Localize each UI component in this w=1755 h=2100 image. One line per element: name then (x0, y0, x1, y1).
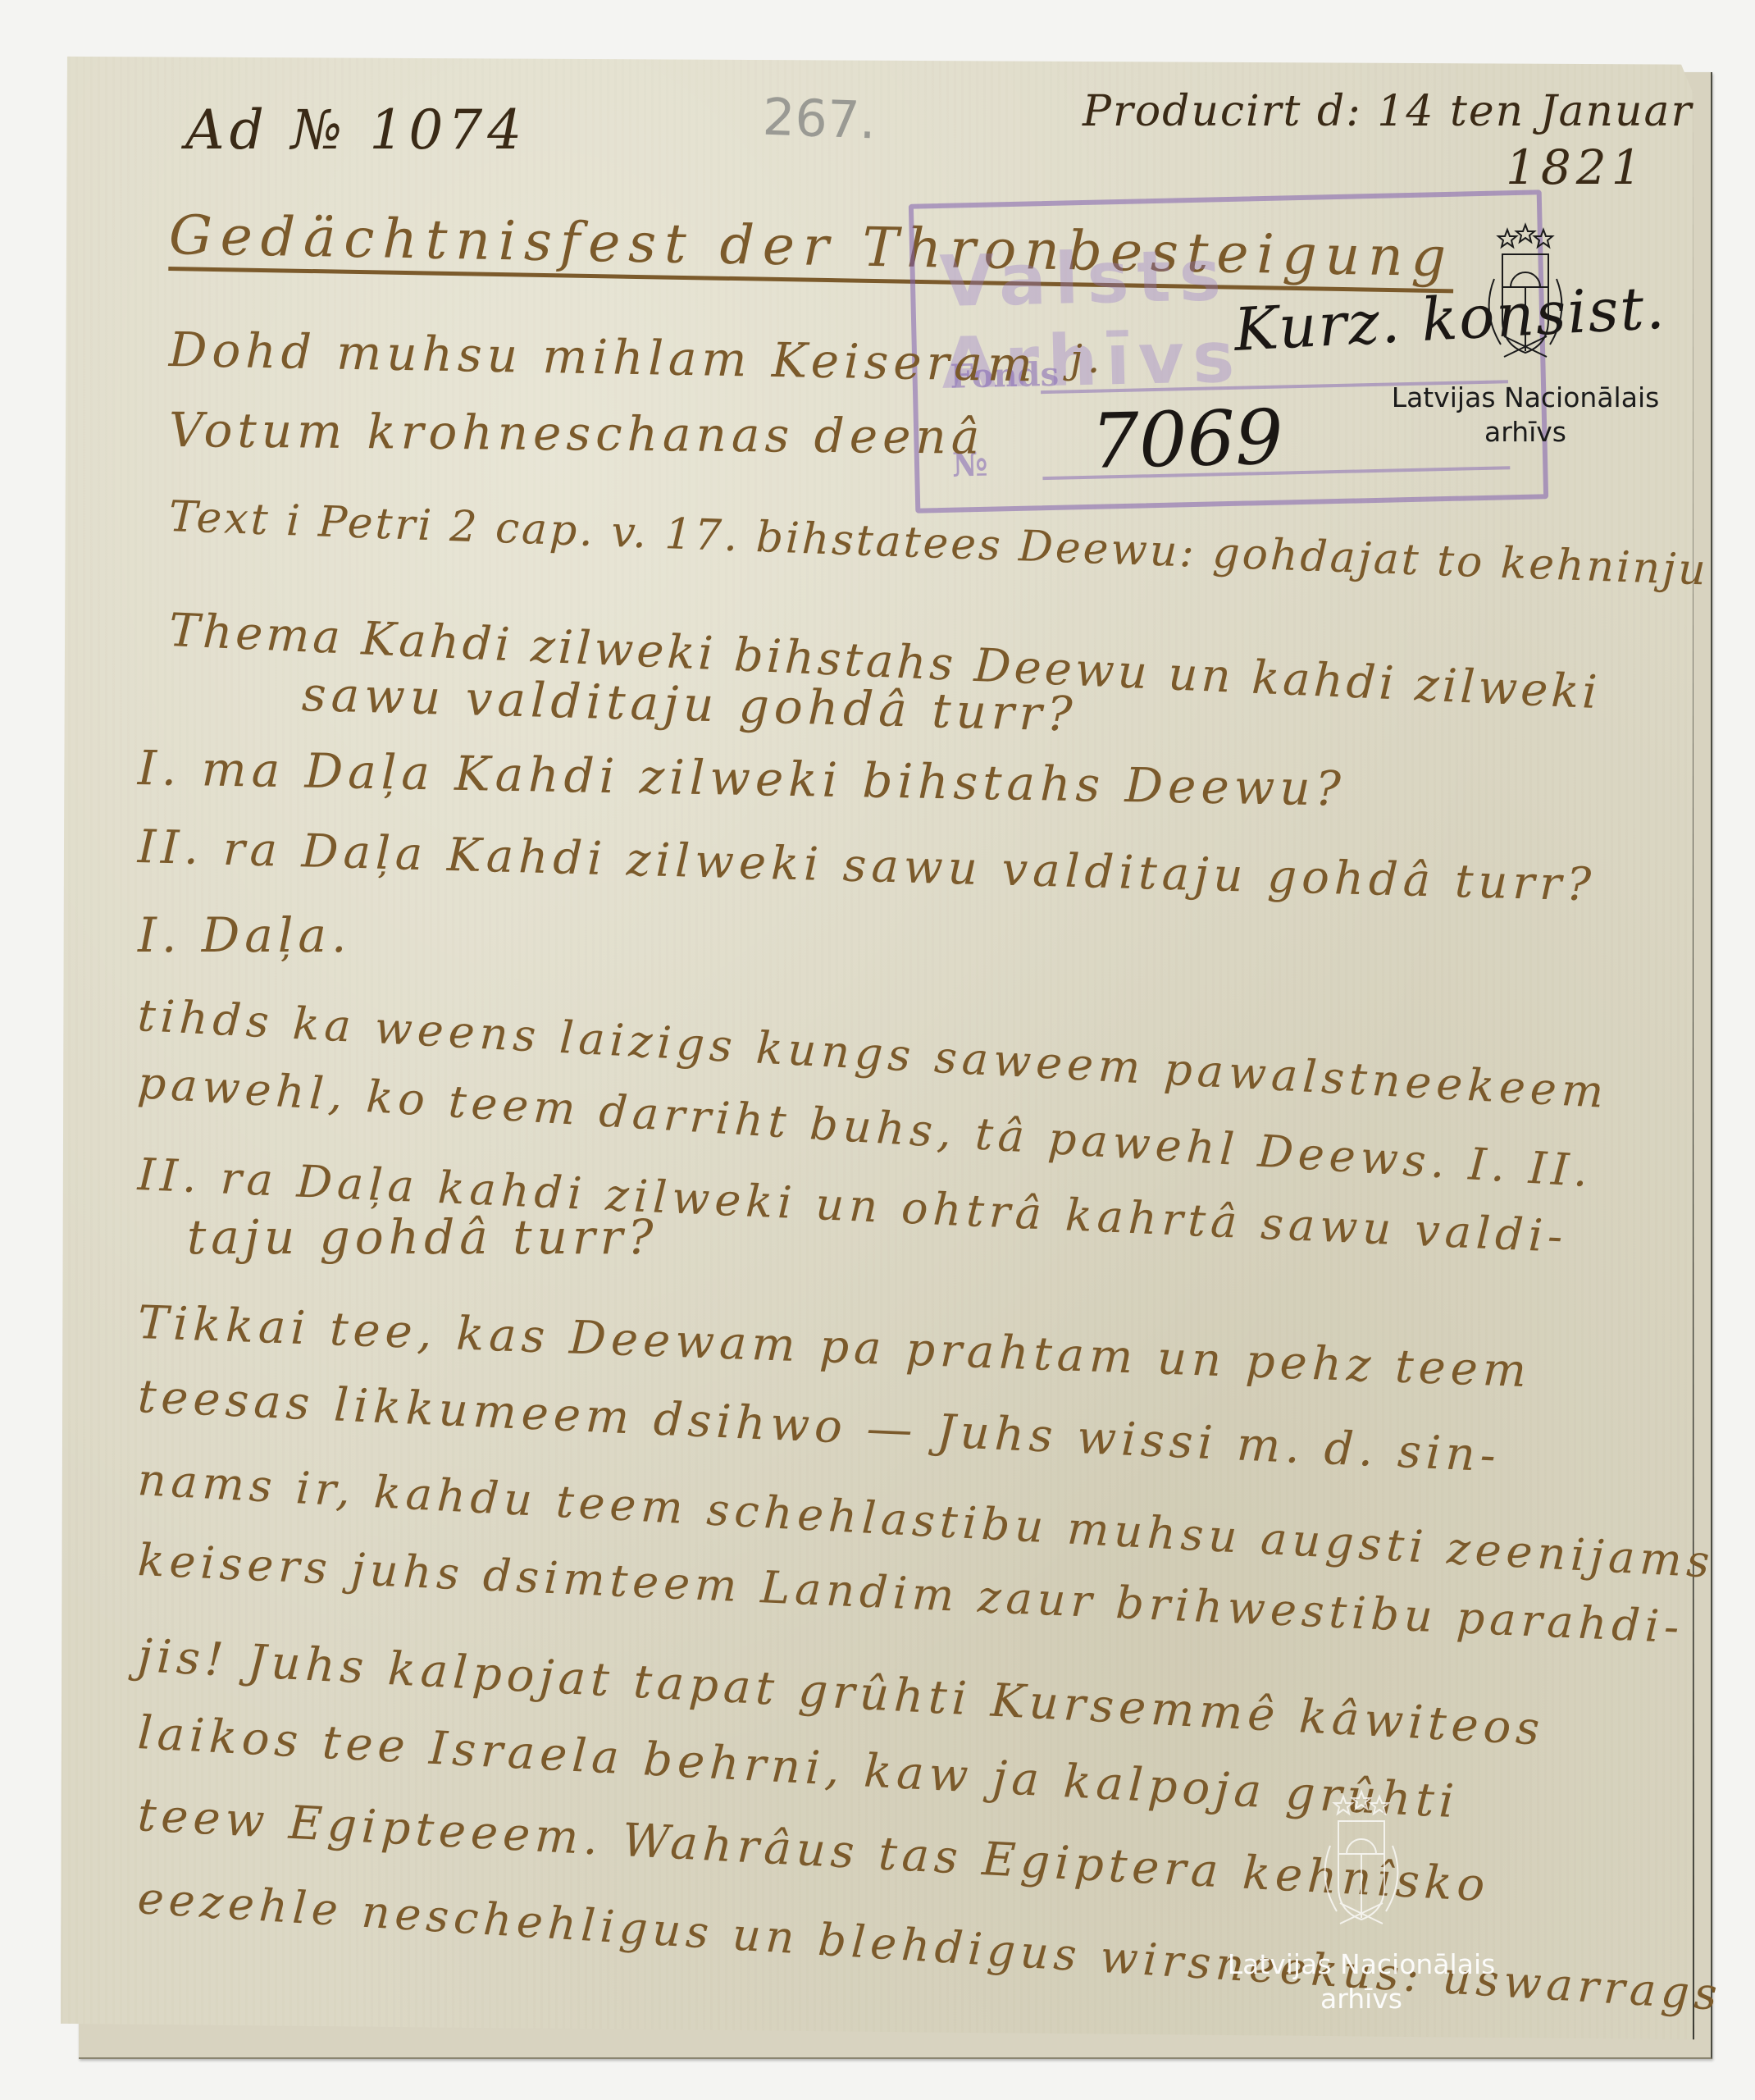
produced-note: Producirt d: 14 ten Januar (1083, 87, 1693, 136)
latvia-coat-of-arms-icon (1476, 221, 1575, 369)
watermark-line-2: arhīvs (1386, 415, 1665, 450)
text-line-8: I. Daļa. (138, 907, 351, 963)
produced-year: 1821 (1506, 139, 1647, 195)
stamp-number-value: 7069 (1090, 394, 1284, 486)
text-line-12: taju gohdâ turr? (187, 1209, 658, 1265)
archive-watermark-bottom: Latvijas Nacionālais arhīvs (1222, 1788, 1501, 2016)
text-line-2: Votum krohneschanas deenâ (169, 402, 985, 465)
latvia-coat-of-arms-icon (1312, 1788, 1411, 1936)
archive-watermark-top: Latvijas Nacionālais arhīvs (1386, 221, 1665, 450)
watermark-line-1: Latvijas Nacionālais (1386, 381, 1665, 415)
watermark-line-2: arhīvs (1222, 1982, 1501, 2016)
stamp-fonds-handwritten: j. (1070, 336, 1105, 382)
watermark-line-1: Latvijas Nacionālais (1222, 1947, 1501, 1982)
pencil-folio-number: 267. (762, 87, 877, 151)
reference-number: Ad № 1074 (185, 98, 526, 162)
